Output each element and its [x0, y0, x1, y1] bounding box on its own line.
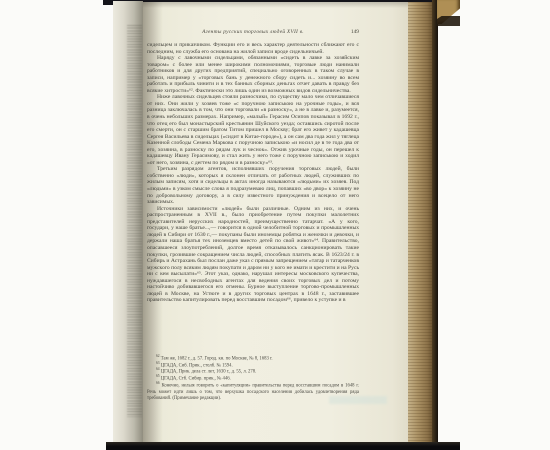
fore-edge-page-lines	[408, 2, 432, 443]
text-paragraph: сидельцем и приказчиком. Функции его и в…	[147, 42, 359, 55]
page-header: Агенты русских торговых людей XVII в. 14…	[147, 29, 359, 37]
cover-edge-shadow	[432, 0, 438, 446]
page-top-shade	[143, 2, 408, 8]
text-paragraph: Ниже лавочных сидельцев стояли разносчик…	[147, 94, 359, 166]
footnote-text: ЦГАДА, Прик. дела ст. лет, 1630 г., д. 5…	[161, 370, 257, 375]
left-page-edge	[113, 1, 143, 444]
footnote-text: Там же, 1682 г., д. 57. Город. кн. по Мо…	[161, 357, 273, 362]
text-paragraph: Источники зависимости «людей» были разли…	[147, 206, 359, 304]
footnote-marker: 66	[156, 381, 160, 385]
text-paragraph: Наряду с лавочными сидельцами, обязанным…	[147, 55, 359, 94]
footnote-text: Конечно, нельзя говорить о «капитуляции»…	[147, 383, 359, 400]
fore-edge	[408, 2, 432, 443]
footnote-marker: 65	[156, 374, 160, 378]
footnote: 65 ЦГАДА, Стб. Сибир. прик., № 446.	[147, 376, 359, 383]
footnote: 62 Там же, 1682 г., д. 57. Город. кн. по…	[147, 356, 359, 363]
footnote-text: ЦГАДА, Сиб. Прик., столб. № 1594.	[161, 363, 233, 368]
footnotes: 62 Там же, 1682 г., д. 57. Город. кн. по…	[147, 356, 359, 402]
footnote: 64 ЦГАДА, Прик. дела ст. лет, 1630 г., д…	[147, 369, 359, 376]
book-page: Агенты русских торговых людей XVII в. 14…	[143, 2, 408, 443]
left-page-text-blur	[127, 25, 142, 417]
page-number: 149	[351, 29, 359, 35]
running-title: Агенты русских торговых людей XVII в.	[147, 29, 359, 35]
footnote-marker: 63	[156, 361, 160, 365]
photo-smudge	[329, 396, 387, 404]
photo-backdrop-bottom	[106, 442, 460, 450]
book-photo: Агенты русских торговых людей XVII в. 14…	[0, 0, 550, 450]
footnote: 63 ЦГАДА, Сиб. Прик., столб. № 1594.	[147, 363, 359, 370]
footnote-text: ЦГАДА, Стб. Сибир. прик., № 446.	[161, 377, 231, 382]
footnote: 66 Конечно, нельзя говорить о «капитуляц…	[147, 383, 359, 402]
text-paragraph: Третьим разрядом агентов, исполнявших по…	[147, 166, 359, 205]
footnote-marker: 64	[156, 367, 160, 371]
cover-corner-shadow	[437, 16, 460, 26]
footnote-marker: 62	[156, 354, 160, 358]
page-body: сидельцем и приказчиком. Функции его и в…	[147, 42, 359, 304]
